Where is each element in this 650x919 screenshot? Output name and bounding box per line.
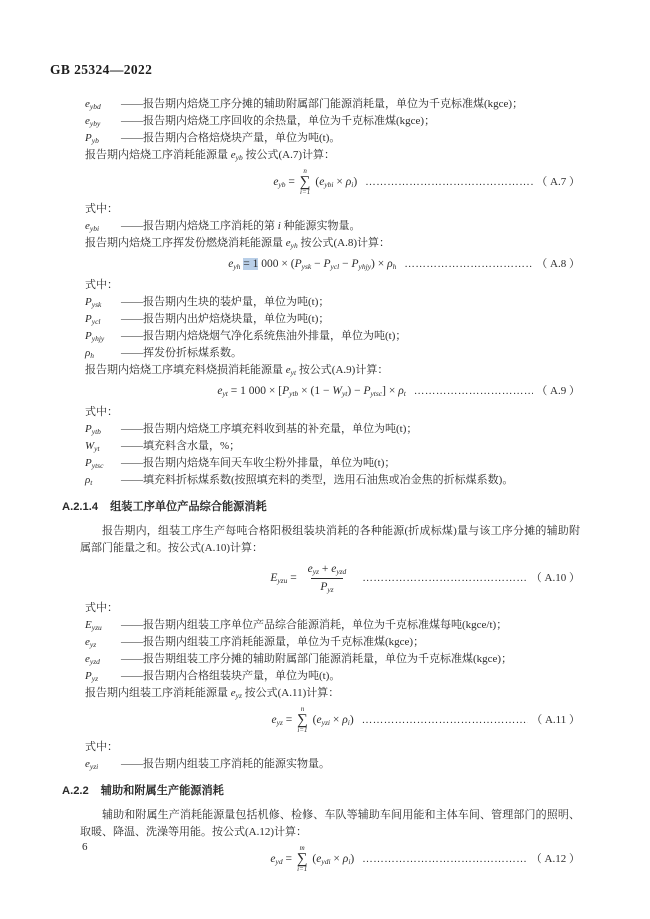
math-subscript: yt [291, 368, 296, 377]
formula-row: eyh = 1 000 × (Pysk − Pycl − Pyhjy) × ρh… [80, 254, 580, 274]
leader-dots: …………………………………………………………………… [362, 851, 528, 868]
symbol-description: ——报告期内组装工序单位产品综合能源消耗，单位为千克标准煤每吨(kgce/t)； [121, 619, 507, 631]
equation-number: （ A.10 ） [531, 570, 580, 587]
symbol-description: ——报告期内组装工序消耗能源量，单位为千克标准煤(kgce)； [121, 636, 424, 648]
math-subscript: yhjy [359, 262, 372, 271]
math-subscript: yhjy [92, 334, 105, 343]
math-subscript: ytb [289, 389, 298, 398]
symbol-definition: eybi——报告期内焙烧工序消耗的第 i 种能源实物量。 [85, 218, 580, 235]
where-clause-label: 式中： [85, 403, 580, 421]
equation-number: （ A.11 ） [531, 712, 580, 729]
math-subscript: ysk [92, 300, 102, 309]
symbol-definition: Pyz——报告期内合格组装块产量，单位为吨(t)。 [85, 668, 580, 685]
math-subscript: yt [94, 444, 99, 453]
leader-dots: …………………………………………………………………… [362, 712, 529, 729]
summation-symbol: n∑i=1 [300, 168, 311, 196]
symbol-description: ——报告期内焙烧烟气净化系统焦油外排量，单位为吨(t)； [121, 330, 406, 342]
math-subscript: yzu [92, 623, 102, 632]
body-paragraph: 报告期内，组装工序生产每吨合格阳极组装块消耗的各种能源(折成标煤)量与该工序分摊… [80, 523, 580, 557]
math-subscript: yb [92, 136, 99, 145]
equation: eyd = m∑i=1 (eydi × ρi) [270, 845, 354, 873]
summation-symbol: m∑i=1 [297, 845, 308, 873]
sigma-glyph: ∑ [297, 852, 308, 866]
symbol-description: ——报告期内焙烧工序分摊的辅助附属部门能源消耗量，单位为千克标准煤(kgce)； [121, 98, 523, 110]
symbol-description: ——报告期内焙烧工序填充料收到基的补充量，单位为吨(t)； [121, 423, 417, 435]
math-subscript: yb [236, 153, 243, 162]
symbol-definition: eyby——报告期内焙烧工序回收的余热量，单位为千克标准煤(kgce)； [85, 113, 580, 130]
symbol: Pysk [85, 294, 121, 311]
content-area: eybd——报告期内焙烧工序分摊的辅助附属部门能源消耗量，单位为千克标准煤(kg… [80, 96, 580, 877]
equation: Eyzu = eyz + eyzdPyz [270, 562, 354, 595]
symbol-definition: Wyt——填充料含水量，%； [85, 438, 580, 455]
math-subscript: yzd [90, 657, 100, 666]
sum-lower-limit: i=1 [297, 866, 307, 873]
leader-dots: …………………………………………………………………… [362, 570, 527, 587]
formula-row: eyb = n∑i=1 (eybi × ρi)……………………………………………… [80, 166, 580, 198]
sigma-glyph: ∑ [297, 713, 308, 727]
formula-lead-in: 报告期内组装工序消耗能源量 eyz 按公式(A.11)计算： [85, 685, 580, 702]
symbol: Eyzu [85, 617, 121, 634]
symbol-description: ——填充料折标煤系数(按照填充料的类型，选用石油焦或冶金焦的折标煤系数)。 [121, 474, 513, 486]
symbol: Pytb [85, 421, 121, 438]
math-subscript: yz [92, 674, 98, 683]
math-subscript: yby [90, 119, 100, 128]
symbol: eyzi [85, 756, 121, 773]
math-subscript: yz [313, 567, 319, 576]
sum-lower-limit: i=1 [297, 727, 307, 734]
symbol-definition: Pytsc——报告期内焙烧车间天车收尘粉外排量，单位为吨(t)； [85, 455, 580, 472]
summation-symbol: n∑i=1 [297, 706, 308, 734]
symbol-definition: Pytb——报告期内焙烧工序填充料收到基的补充量，单位为吨(t)； [85, 421, 580, 438]
symbol: eyby [85, 113, 121, 130]
math-subscript: ydi [321, 857, 330, 866]
math-subscript: i [351, 180, 353, 189]
formula-row: eyt = 1 000 × [Pytb × (1 − Wyt) − Pytsc]… [80, 381, 580, 401]
math-variable: P [85, 296, 92, 308]
standard-number-header: GB 25324—2022 [50, 62, 152, 78]
equation-number: （ A.8 ） [536, 256, 580, 273]
math-subscript: t [90, 478, 92, 487]
symbol: Pycl [85, 311, 121, 328]
math-variable: P [323, 258, 330, 270]
symbol-description: ——报告期内焙烧车间天车收尘粉外排量，单位为吨(t)； [121, 457, 395, 469]
sum-lower-limit: i=1 [300, 189, 310, 196]
math-subscript: t [404, 389, 406, 398]
symbol: eyzd [85, 651, 121, 668]
symbol-description: ——挥发份折标煤系数。 [121, 347, 242, 359]
symbol-definition: eyz——报告期内组装工序消耗能源量，单位为千克标准煤(kgce)； [85, 634, 580, 651]
formula-row: Eyzu = eyz + eyzdPyz……………………………………………………… [80, 559, 580, 597]
symbol-description: ——报告期内出炉焙烧块量，单位为吨(t)； [121, 313, 329, 325]
symbol: eyz [85, 634, 121, 651]
math-subscript: yz [90, 640, 96, 649]
math-subscript: yz [277, 718, 283, 727]
math-variable: P [85, 132, 92, 144]
symbol: eybd [85, 96, 121, 113]
section-heading: A.2.2辅助和附属生产能源消耗 [62, 783, 580, 800]
formula-lead-in: 报告期内焙烧工序挥发份燃烧消耗能源量 eyh 按公式(A.8)计算： [85, 235, 580, 252]
equation-number: （ A.12 ） [531, 851, 580, 868]
math-variable: P [85, 330, 92, 342]
where-clause-label: 式中： [85, 599, 580, 617]
math-subscript: i [348, 857, 350, 866]
body-paragraph: 辅助和附属生产消耗能源量包括机修、检修、车队等辅助车间用能和主体车间、管理部门的… [80, 807, 580, 841]
symbol: Wyt [85, 438, 121, 455]
fraction: eyz + eyzdPyz [303, 562, 352, 595]
math-subscript: yh [233, 262, 240, 271]
math-subscript: i [348, 718, 350, 727]
symbol-definition: eybd——报告期内焙烧工序分摊的辅助附属部门能源消耗量，单位为千克标准煤(kg… [85, 96, 580, 113]
fraction-numerator: eyz + eyzd [303, 562, 352, 578]
math-subscript: ybi [324, 180, 333, 189]
symbol-description: ——报告期内组装工序消耗的能源实物量。 [121, 758, 330, 770]
math-subscript: h [393, 262, 397, 271]
symbol-definition: ρt——填充料折标煤系数(按照填充料的类型，选用石油焦或冶金焦的折标煤系数)。 [85, 472, 580, 489]
math-subscript: yd [275, 857, 282, 866]
sigma-glyph: ∑ [300, 175, 311, 189]
math-subscript: ytsc [370, 389, 382, 398]
formula-row: eyd = m∑i=1 (eydi × ρi)……………………………………………… [80, 843, 580, 875]
leader-dots: …………………………………………………………………… [414, 383, 533, 400]
where-clause-label: 式中： [85, 276, 580, 294]
section-title: 辅助和附属生产能源消耗 [101, 785, 224, 797]
document-page: GB 25324—2022 eybd——报告期内焙烧工序分摊的辅助附属部门能源消… [0, 0, 650, 919]
math-subscript: ysk [302, 262, 312, 271]
symbol: Pyz [85, 668, 121, 685]
symbol-definition: Eyzu——报告期内组装工序单位产品综合能源消耗，单位为千克标准煤每吨(kgce… [85, 617, 580, 634]
formula-lead-in: 报告期内焙烧工序消耗能源量 eyb 按公式(A.7)计算： [85, 147, 580, 164]
math-subscript: ybi [90, 224, 99, 233]
equation-number: （ A.9 ） [536, 383, 580, 400]
section-number: A.2.2 [62, 785, 89, 797]
symbol-description: ——报告期内合格焙烧块产量，单位为吨(t)。 [121, 132, 340, 144]
math-variable: W [85, 440, 94, 452]
symbol: Pytsc [85, 455, 121, 472]
symbol-description: ——报告期内合格组装块产量，单位为吨(t)。 [121, 670, 340, 682]
section-heading: A.2.1.4组装工序单位产品综合能源消耗 [62, 499, 580, 516]
symbol: eybi [85, 218, 121, 235]
math-subscript: h [90, 351, 94, 360]
equation: eyt = 1 000 × [Pytb × (1 − Wyt) − Pytsc]… [217, 383, 405, 400]
math-variable: E [85, 619, 92, 631]
equation-number: （ A.7 ） [536, 174, 580, 191]
equation: eyb = n∑i=1 (eybi × ρi) [273, 168, 357, 196]
math-variable: P [352, 258, 359, 270]
math-subscript: ytb [92, 427, 101, 436]
symbol-description: ——填充料含水量，%； [121, 440, 240, 452]
symbol-description: ——报告期内生块的装炉量，单位为吨(t)； [121, 296, 329, 308]
symbol-definition: Pyhjy——报告期内焙烧烟气净化系统焦油外排量，单位为吨(t)； [85, 328, 580, 345]
leader-dots: …………………………………………………………………… [404, 256, 533, 273]
math-subscript: yzi [322, 718, 330, 727]
symbol: ρh [85, 345, 121, 362]
symbol-definition: eyzi——报告期内组装工序消耗的能源实物量。 [85, 756, 580, 773]
equation: eyz = n∑i=1 (eyzi × ρi) [271, 706, 353, 734]
formula-lead-in: 报告期内焙烧工序填充料烧损消耗能源量 eyt 按公式(A.9)计算： [85, 362, 580, 379]
math-subscript: yh [291, 241, 298, 250]
leader-dots: …………………………………………………………………… [365, 174, 533, 191]
math-subscript: yt [222, 389, 227, 398]
symbol-definition: Pyb——报告期内合格焙烧块产量，单位为吨(t)。 [85, 130, 580, 147]
symbol-description: ——报告期组装工序分摊的辅助附属部门能源消耗量，单位为千克标准煤(kgce)； [121, 653, 512, 665]
formula-row: eyz = n∑i=1 (eyzi × ρi)……………………………………………… [80, 704, 580, 736]
symbol-definition: ρh——挥发份折标煤系数。 [85, 345, 580, 362]
symbol: ρt [85, 472, 121, 489]
math-subscript: yb [278, 180, 285, 189]
fraction-denominator: Pyz [311, 578, 342, 595]
symbol-definition: eyzd——报告期组装工序分摊的辅助附属部门能源消耗量，单位为千克标准煤(kgc… [85, 651, 580, 668]
page-number: 6 [82, 841, 88, 853]
math-variable: P [85, 423, 92, 435]
math-subscript: ycl [92, 317, 101, 326]
symbol: Pyb [85, 130, 121, 147]
math-subscript: ybd [90, 102, 101, 111]
math-subscript: ytsc [92, 461, 104, 470]
math-variable: P [85, 457, 92, 469]
math-subscript: yz [236, 691, 242, 700]
math-subscript: yzi [90, 762, 98, 771]
math-variable: P [85, 313, 92, 325]
math-subscript: yzu [277, 576, 287, 585]
section-number: A.2.1.4 [62, 501, 98, 513]
highlighted-text: = 1 [243, 258, 258, 270]
math-variable: P [295, 258, 302, 270]
math-subscript: yzd [336, 567, 346, 576]
symbol-description: ——报告期内焙烧工序回收的余热量，单位为千克标准煤(kgce)； [121, 115, 435, 127]
where-clause-label: 式中： [85, 200, 580, 218]
math-subscript: yz [327, 585, 333, 594]
math-variable: i [278, 220, 281, 232]
symbol-definition: Pycl——报告期内出炉焙烧块量，单位为吨(t)； [85, 311, 580, 328]
math-variable: W [332, 385, 342, 397]
symbol-description: ——报告期内焙烧工序消耗的第 i 种能源实物量。 [121, 220, 361, 232]
section-title: 组装工序单位产品综合能源消耗 [110, 501, 267, 513]
equation: eyh = 1 000 × (Pysk − Pycl − Pyhjy) × ρh [228, 256, 396, 273]
math-subscript: ycl [331, 262, 340, 271]
symbol-definition: Pysk——报告期内生块的装炉量，单位为吨(t)； [85, 294, 580, 311]
math-variable: P [85, 670, 92, 682]
symbol: Pyhjy [85, 328, 121, 345]
where-clause-label: 式中： [85, 738, 580, 756]
math-subscript: yt [342, 389, 347, 398]
